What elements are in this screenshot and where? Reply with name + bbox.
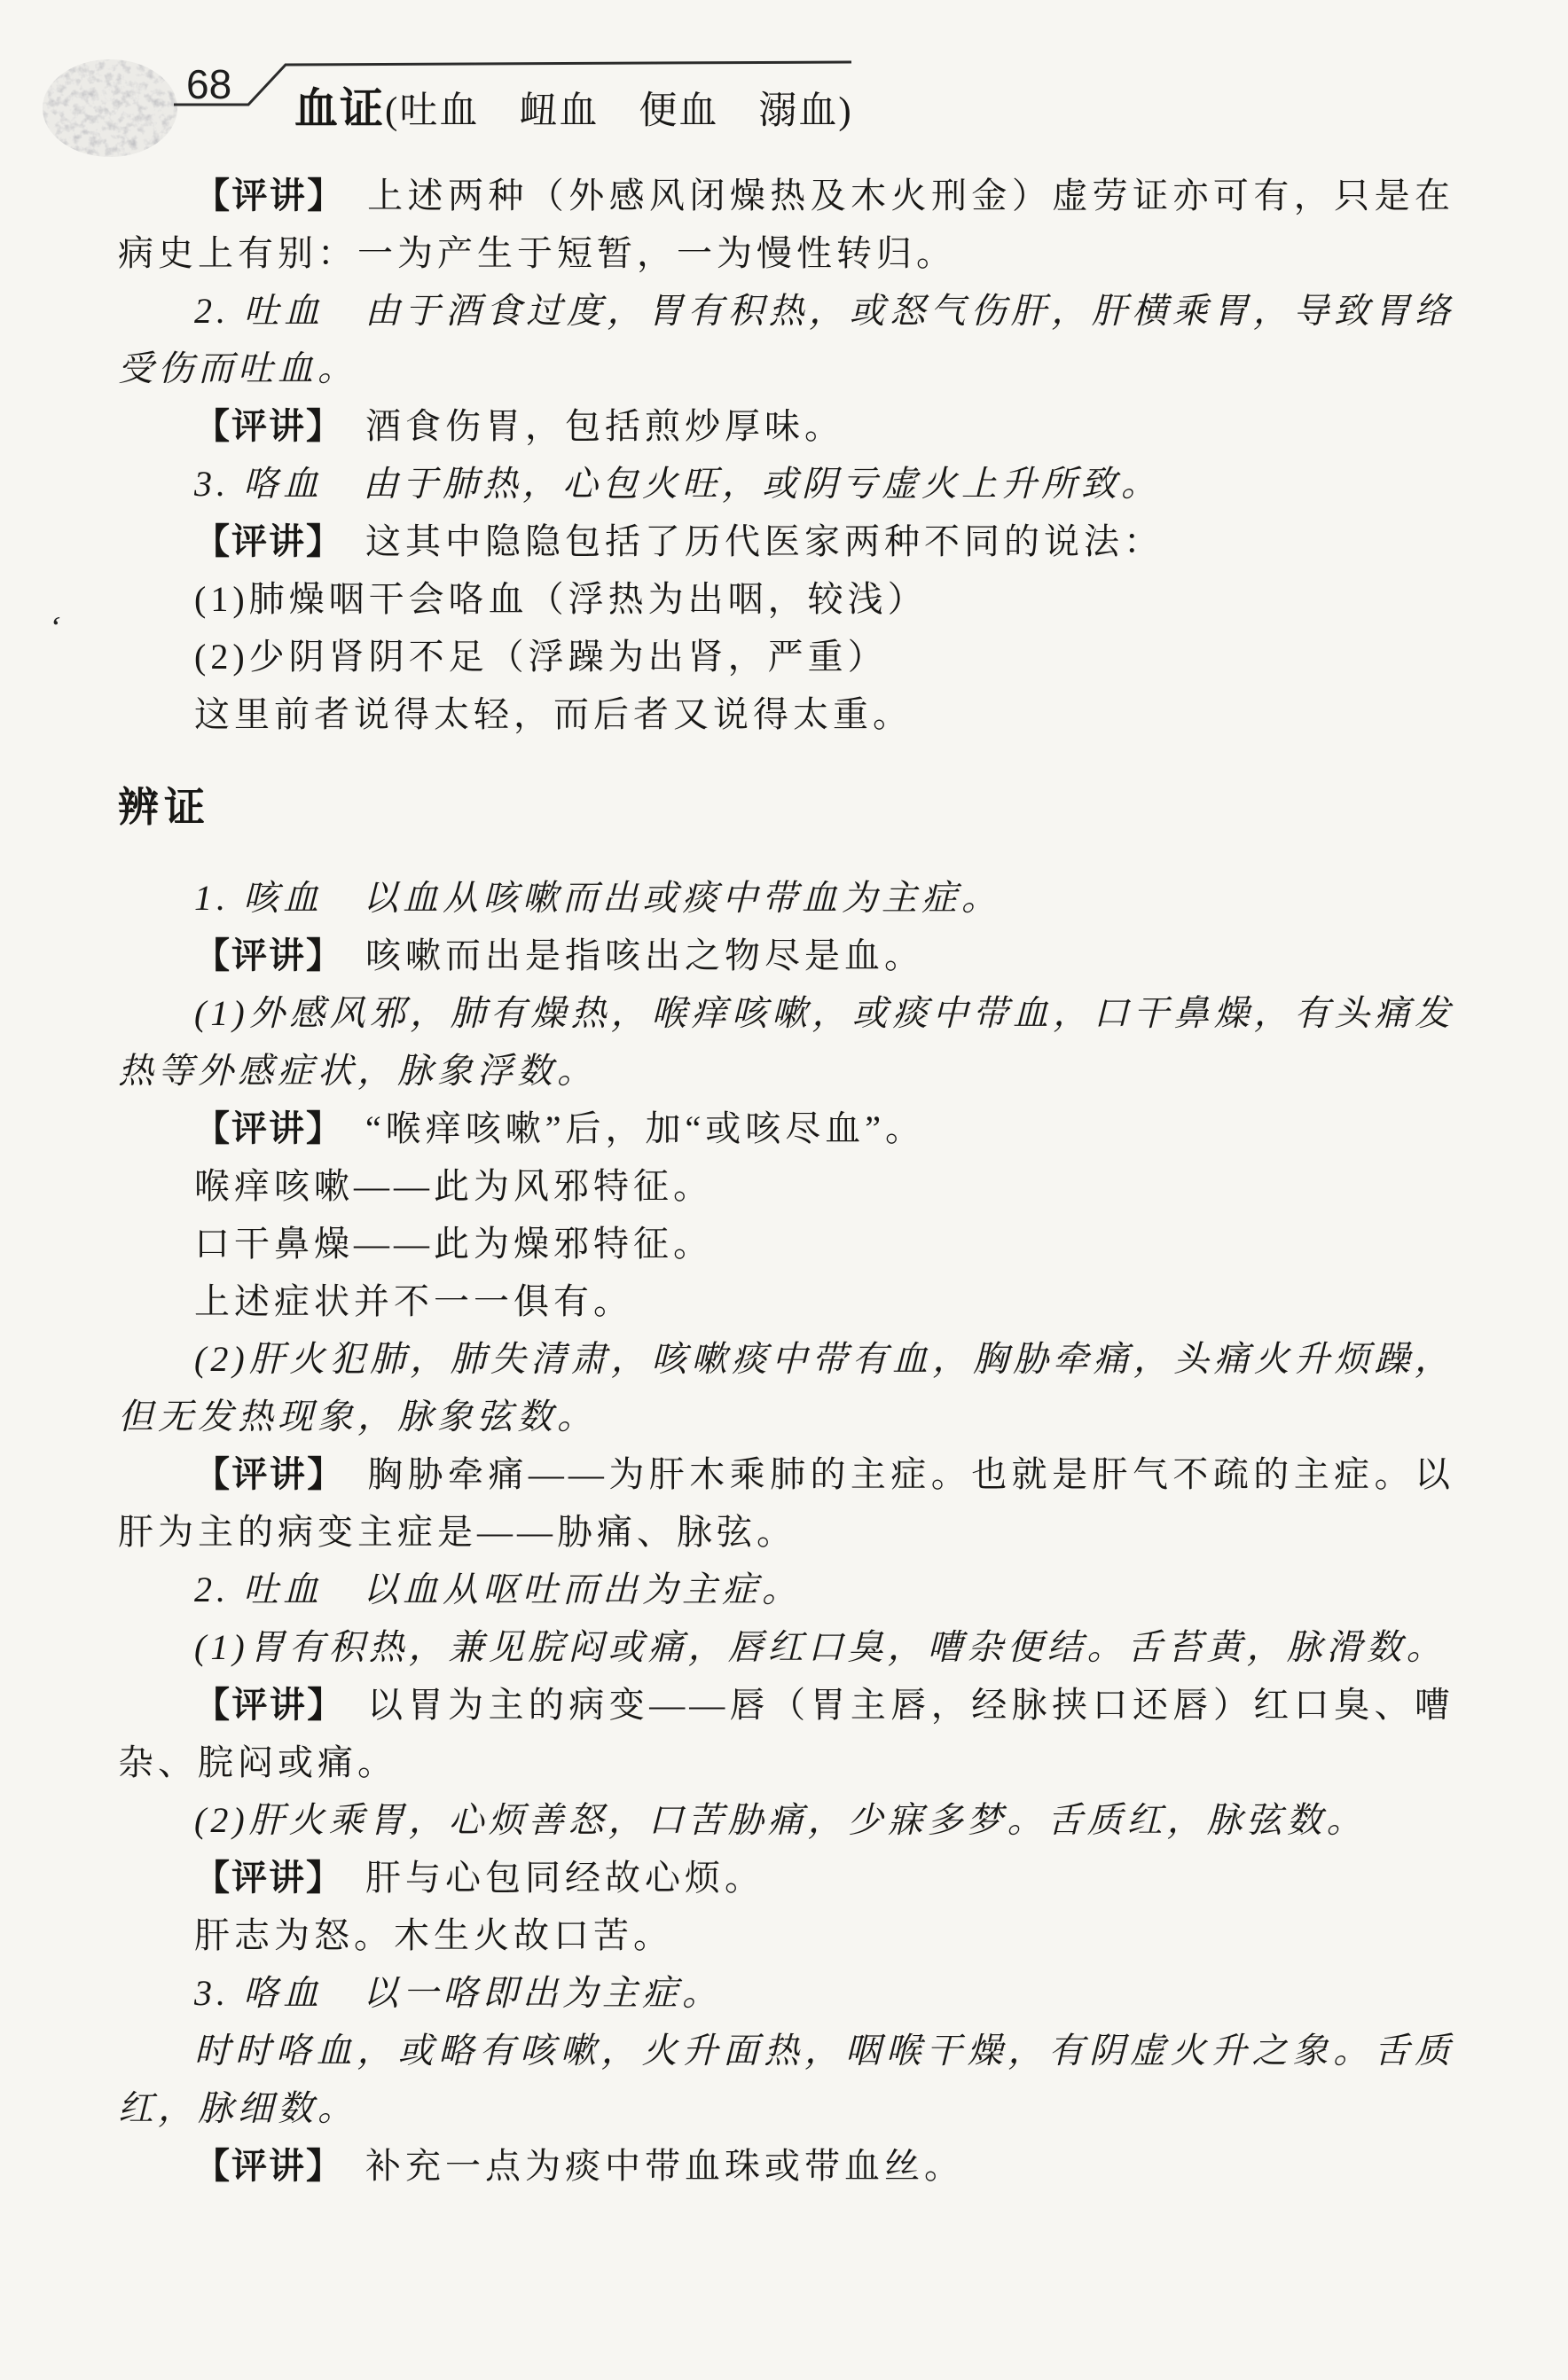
paragraph: 【评讲】 酒食伤胃，包括煎炒厚味。	[118, 397, 1454, 455]
paragraph: 【评讲】 “喉痒咳嗽”后，加“或咳尽血”。	[118, 1100, 1454, 1157]
paragraph: 【评讲】 胸胁牵痛——为肝木乘肺的主症。也就是肝气不疏的主症。以肝为主的病变主症…	[118, 1445, 1454, 1561]
book-page: 68 血证(吐血 衄血 便血 溺血) ʻ 【评讲】 上述两种（外感风闭燥热及木火…	[0, 0, 1568, 2380]
paragraph: 2. 吐血 由于酒食过度，胃有积热，或怒气伤肝，肝横乘胃，导致胃络受伤而吐血。	[118, 282, 1454, 397]
section-bianzheng: 1. 咳血 以血从咳嗽而出或痰中带血为主症。【评讲】 咳嗽而出是指咳出之物尽是血…	[118, 869, 1454, 2195]
paragraph: (1)外感风邪，肺有燥热，喉痒咳嗽，或痰中带血，口干鼻燥，有头痛发热等外感症状，…	[118, 984, 1454, 1100]
paragraph: 口干鼻燥——此为燥邪特征。	[118, 1215, 1454, 1272]
comment-tag: 【评讲】	[194, 936, 325, 975]
paragraph: (2)肝火犯肺，肺失清肃，咳嗽痰中带有血，胸胁牵痛，头痛火升烦躁，但无发热现象，…	[118, 1330, 1454, 1445]
scan-artifact-mark: ʻ	[46, 607, 64, 646]
paragraph: (2)少阴肾阴不足（浮躁为出肾，严重）	[118, 628, 1454, 685]
paragraph: (2)肝火乘胃，心烦善怒，口苦胁痛，少寐多梦。舌质红，脉弦数。	[118, 1791, 1454, 1849]
comment-tag: 【评讲】	[194, 1108, 325, 1148]
publisher-stamp-image	[41, 59, 179, 160]
text-column: 【评讲】 上述两种（外感风闭燥热及木火刑金）虚劳证亦可有，只是在病史上有别：一为…	[118, 167, 1454, 2195]
paragraph: (1)胃有积热，兼见脘闷或痛，唇红口臭，嘈杂便结。舌苔黄，脉滑数。	[118, 1618, 1454, 1676]
paragraph: (1)肺燥咽干会咯血（浮热为出咽，较浅）	[118, 570, 1454, 628]
paragraph: 3. 咯血 由于肺热，心包火旺，或阴亏虚火上升所致。	[118, 455, 1454, 513]
chapter-title: 血证(吐血 衄血 便血 溺血)	[294, 74, 853, 137]
chapter-title-sub: (吐血 衄血 便血 溺血)	[385, 90, 853, 132]
paragraph: 3. 咯血 以一咯即出为主症。	[118, 1964, 1454, 2022]
paragraph: 1. 咳血 以血从咳嗽而出或痰中带血为主症。	[118, 869, 1454, 927]
comment-tag: 【评讲】	[194, 1454, 327, 1494]
paragraph: 【评讲】 补充一点为痰中带血珠或带血丝。	[118, 2137, 1454, 2195]
paragraph: 【评讲】 以胃为主的病变——唇（胃主唇，经脉挟口还唇）红口臭、嘈杂、脘闷或痛。	[118, 1676, 1454, 1791]
comment-tag: 【评讲】	[194, 1685, 327, 1725]
paragraph: 喉痒咳嗽——此为风邪特征。	[118, 1157, 1454, 1215]
paragraph: 【评讲】 上述两种（外感风闭燥热及木火刑金）虚劳证亦可有，只是在病史上有别：一为…	[118, 167, 1454, 282]
paragraph: 这里前者说得太轻，而后者又说得太重。	[118, 685, 1454, 743]
paragraph: 【评讲】 肝与心包同经故心烦。	[118, 1849, 1454, 1906]
comment-tag: 【评讲】	[194, 176, 327, 215]
section-heading: 辨证	[118, 780, 1454, 835]
paragraph: 【评讲】 这其中隐隐包括了历代医家两种不同的说法：	[118, 513, 1454, 570]
section-before-heading: 【评讲】 上述两种（外感风闭燥热及木火刑金）虚劳证亦可有，只是在病史上有别：一为…	[118, 167, 1454, 743]
comment-tag: 【评讲】	[194, 406, 325, 446]
paragraph: 肝志为怒。木生火故口苦。	[118, 1906, 1454, 1964]
paragraph: 上述症状并不一一俱有。	[118, 1272, 1454, 1330]
comment-tag: 【评讲】	[194, 521, 325, 561]
paragraph: 2. 吐血 以血从呕吐而出为主症。	[118, 1561, 1454, 1618]
comment-tag: 【评讲】	[194, 2146, 325, 2186]
paragraph: 【评讲】 咳嗽而出是指咳出之物尽是血。	[118, 927, 1454, 984]
chapter-title-main: 血证	[294, 84, 385, 133]
paragraph: 时时咯血，或略有咳嗽，火升面热，咽喉干燥，有阴虚火升之象。舌质红，脉细数。	[118, 2022, 1454, 2137]
comment-tag: 【评讲】	[194, 1858, 325, 1898]
